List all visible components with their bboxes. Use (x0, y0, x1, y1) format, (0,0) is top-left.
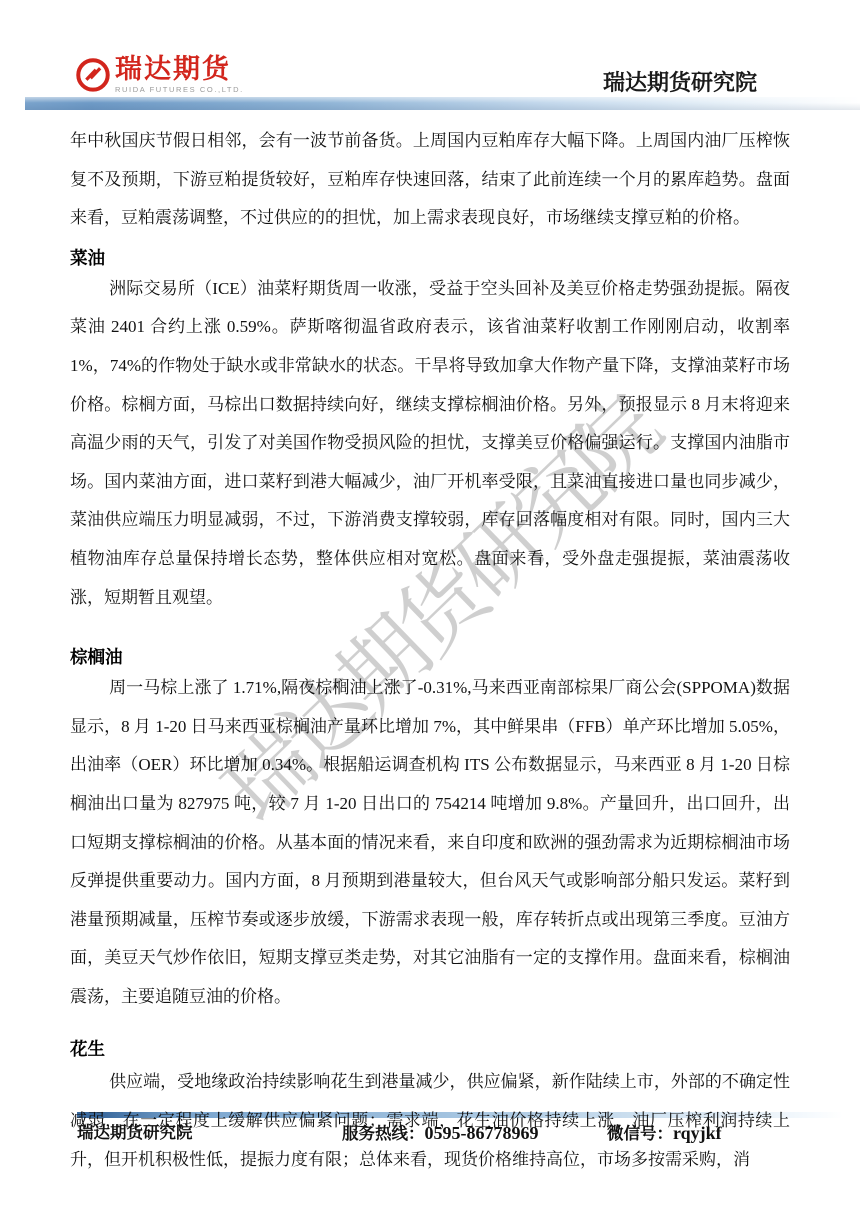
ruida-logo-icon (74, 54, 112, 94)
brand-text: 瑞达期货 RUIDA FUTURES CO.,LTD. (115, 54, 244, 94)
paragraph-intro: 年中秋国庆节假日相邻，会有一波节前备货。上周国内豆粕库存大幅下降。上周国内油厂压… (70, 122, 790, 238)
header-institute-title: 瑞达期货研究院 (603, 70, 757, 96)
paragraph-palm-oil: 周一马棕上涨了 1.71%,隔夜棕榈油上涨了-0.31%,马来西亚南部棕果厂商公… (70, 669, 790, 1016)
paragraph-peanut: 供应端，受地缘政治持续影响花生到港量减少，供应偏紧，新作陆续上市，外部的不确定性… (70, 1063, 790, 1179)
paragraph-rapeseed-oil: 洲际交易所（ICE）油菜籽期货周一收涨，受益于空头回补及美豆价格走势强劲提振。隔… (70, 270, 790, 617)
section-heading-rapeseed-oil: 菜油 (70, 246, 790, 270)
section-heading-palm-oil: 棕榈油 (70, 645, 790, 669)
section-heading-peanut: 花生 (70, 1037, 790, 1061)
header-divider-bar (25, 97, 860, 110)
brand-name-cn: 瑞达期货 (115, 54, 244, 84)
company-logo: 瑞达期货 RUIDA FUTURES CO.,LTD. (74, 54, 244, 94)
brand-name-en: RUIDA FUTURES CO.,LTD. (115, 85, 244, 94)
document-body: 年中秋国庆节假日相邻，会有一波节前备货。上周国内豆粕库存大幅下降。上周国内油厂压… (70, 122, 790, 1179)
report-page: 瑞达期货 RUIDA FUTURES CO.,LTD. 瑞达期货研究院 瑞达期货… (0, 0, 860, 1217)
